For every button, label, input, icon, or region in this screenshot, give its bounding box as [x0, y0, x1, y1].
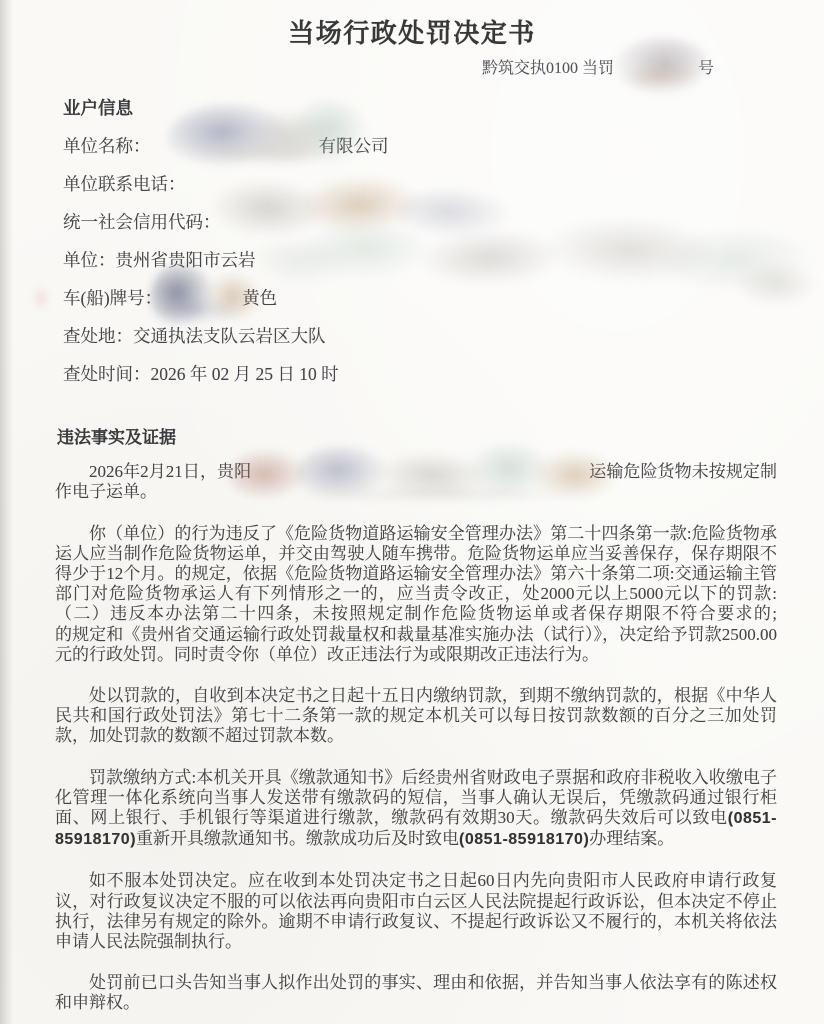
field-label: 统一社会信用代码：: [63, 209, 221, 234]
paragraph: 处以罚款的，自收到本决定书之日起十五日内缴纳罚款，到期不缴纳罚款的，根据《中华人…: [55, 686, 777, 747]
field-label: 车(船)牌号：: [63, 285, 162, 310]
document-number-prefix: 黔筑交执0100 当罚: [482, 55, 614, 78]
info-field-row: 单位名称：有限公司: [63, 126, 784, 164]
document-number-suffix: 号: [698, 55, 714, 78]
facts-paragraphs: 2026年2月21日，贵阳运输危险货物未按规定制作电子运单。你（单位）的行为违反…: [55, 462, 777, 1013]
redacted-gap: [251, 465, 589, 482]
info-field-row: 查处时间：2026 年 02 月 25 日 10 时: [63, 354, 784, 392]
field-label: 单位联系电话：: [63, 171, 186, 196]
text-segment: 处罚前已口头告知当事人拟作出处罚的事实、理由和依据，并告知当事人依法享有的陈述权…: [55, 973, 777, 1012]
redacted-gap: [162, 288, 242, 306]
facts-heading: 违法事实及证据: [57, 428, 777, 448]
paragraph: 处罚前已口头告知当事人拟作出处罚的事实、理由和依据，并告知当事人依法享有的陈述权…: [55, 973, 777, 1013]
phone-number: (0851-85918170): [459, 831, 589, 848]
text-segment: 如不服本处罚决定。应在收到本处罚决定书之日起60日内先向贵阳市人民政府申请行政复…: [55, 871, 777, 951]
penalty-decision-document: 当场行政处罚决定书 黔筑交执0100 当罚 号 业户信息 单位名称：有限公司单位…: [0, 0, 824, 1024]
text-segment: 重新开具缴款通知书。缴款成功后及时致电: [136, 829, 459, 848]
field-value: 交通执法支队云岩区大队: [133, 323, 326, 348]
text-segment: 办理结案。: [589, 829, 674, 848]
info-field-row: 单位：贵州省贵阳市云岩: [63, 240, 784, 278]
info-field-row: 查处地：交通执法支队云岩区大队: [63, 316, 784, 354]
field-label: 查处时间：: [63, 361, 151, 386]
paragraph: 你（单位）的行为违反了《危险货物道路运输安全管理办法》第二十四条第一款:危险货物…: [55, 524, 777, 665]
text-segment: 2026年2月21日，贵阳: [89, 462, 251, 481]
field-label: 查处地：: [63, 323, 133, 348]
redacted-gap: [151, 136, 319, 154]
field-label: 单位：: [63, 247, 116, 272]
paragraph: 罚款缴纳方式:本机关开具《缴款通知书》后经贵州省财政电子票据和政府非税收入收缴电…: [55, 768, 777, 851]
facts-section: 违法事实及证据 2026年2月21日，贵阳运输危险货物未按规定制作电子运单。你（…: [55, 428, 777, 1014]
paragraph: 如不服本处罚决定。应在收到本处罚决定书之日起60日内先向贵阳市人民政府申请行政复…: [55, 871, 777, 952]
document-number-line: 黔筑交执0100 当罚 号: [482, 55, 714, 78]
owner-info-section: 业户信息 单位名称：有限公司单位联系电话：统一社会信用代码：单位：贵州省贵阳市云…: [63, 88, 784, 392]
page-title: 当场行政处罚决定书: [0, 13, 824, 50]
field-value: 贵州省贵阳市云岩: [116, 247, 256, 272]
info-field-row: 车(船)牌号：黄色: [63, 278, 784, 316]
paragraph: 2026年2月21日，贵阳运输危险货物未按规定制作电子运单。: [55, 462, 777, 502]
text-segment: 你（单位）的行为违反了《危险货物道路运输安全管理办法》第二十四条第一款:危险货物…: [55, 524, 824, 664]
info-field-row: 统一社会信用代码：: [63, 202, 784, 240]
field-value: 2026 年 02 月 25 日 10 时: [151, 361, 339, 386]
field-value: 有限公司: [319, 133, 389, 158]
redaction-smudge: [34, 286, 48, 310]
text-segment: 处以罚款的，自收到本决定书之日起十五日内缴纳罚款，到期不缴纳罚款的，根据《中华人…: [55, 686, 777, 745]
field-value: 黄色: [242, 285, 277, 310]
info-field-row: 单位联系电话：: [63, 164, 784, 202]
scan-edge-shadow: [0, 0, 13, 1024]
owner-info-heading: 业户信息: [63, 88, 784, 126]
redacted-gap: [614, 59, 698, 75]
owner-info-fields: 单位名称：有限公司单位联系电话：统一社会信用代码：单位：贵州省贵阳市云岩车(船)…: [63, 126, 784, 392]
text-segment: 罚款缴纳方式:本机关开具《缴款通知书》后经贵州省财政电子票据和政府非税收入收缴电…: [55, 768, 777, 827]
field-label: 单位名称：: [63, 133, 151, 158]
